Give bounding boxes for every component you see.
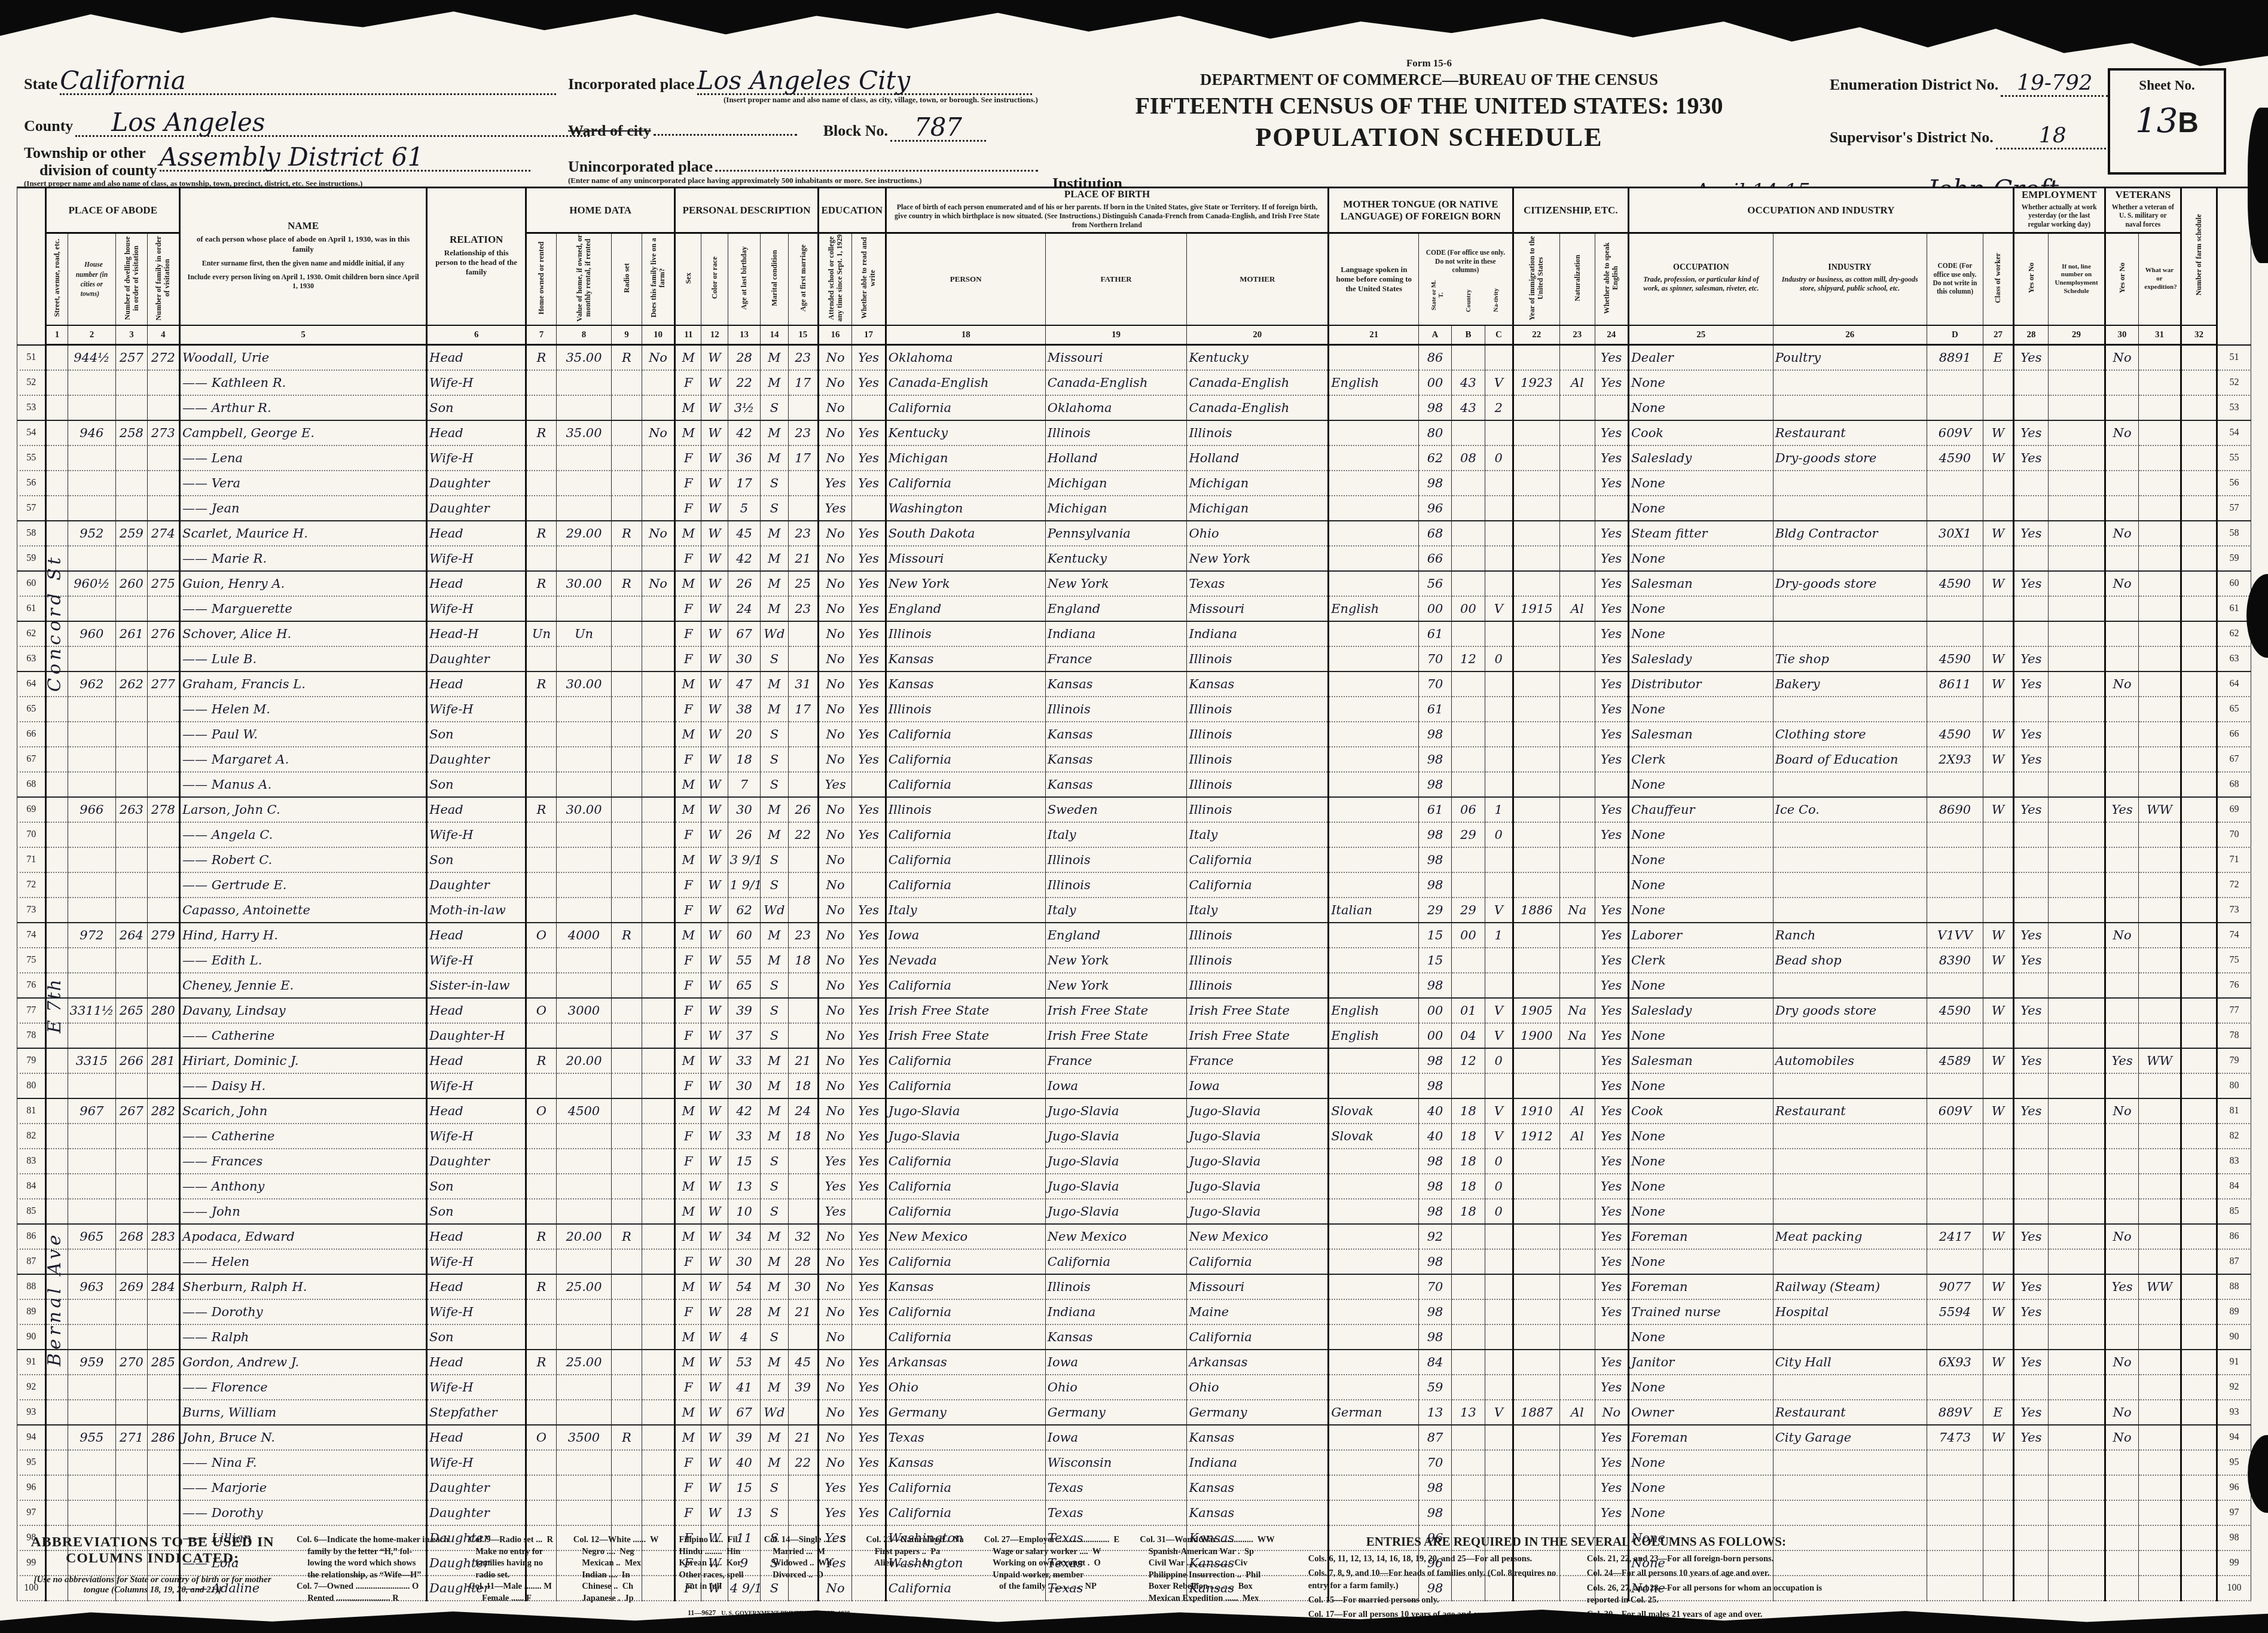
cell-at-work bbox=[2013, 596, 2048, 621]
cell-farm bbox=[642, 948, 674, 973]
cell-speaks-english: Yes bbox=[1595, 1023, 1628, 1048]
cell-code-b: 29 bbox=[1451, 822, 1485, 847]
cell-industry bbox=[1773, 872, 1927, 898]
abbreviations-title-block: ABBREVIATIONS TO BE USED IN COLUMNS INDI… bbox=[24, 1534, 281, 1595]
cell-tenure: R bbox=[526, 571, 556, 596]
cell-naturalization bbox=[1560, 747, 1595, 772]
cell-color-race: W bbox=[701, 1324, 728, 1350]
cell-pob-father: Kansas bbox=[1045, 722, 1187, 747]
cell-code-c bbox=[1485, 1224, 1513, 1249]
cell-dwelling-number bbox=[116, 847, 147, 872]
cell-code-a: 96 bbox=[1419, 496, 1451, 521]
cell-unemployment-line bbox=[2049, 1299, 2105, 1324]
table-row: 94955271286John, Bruce N.HeadO3500RMW39M… bbox=[17, 1425, 2251, 1450]
cell-tenure bbox=[526, 847, 556, 872]
group-occupation-industry: OCCUPATION AND INDUSTRY bbox=[1628, 188, 2013, 233]
cell-naturalization bbox=[1560, 1048, 1595, 1073]
cell-family-number bbox=[147, 697, 179, 722]
table-row: 83—— FrancesDaughterFW15SYesYesCaliforni… bbox=[17, 1149, 2251, 1174]
cell-read-write: Yes bbox=[852, 646, 886, 671]
cell-dwelling-number bbox=[116, 1400, 147, 1425]
cell-relation: Wife-H bbox=[427, 697, 526, 722]
cell-occupation: None bbox=[1628, 1073, 1773, 1098]
cell-age-first-marriage bbox=[788, 1023, 818, 1048]
cell-class-of-worker bbox=[1983, 1174, 2013, 1199]
cell-code-a: 59 bbox=[1419, 1375, 1451, 1400]
cell-code-c bbox=[1485, 697, 1513, 722]
cell-tenure: R bbox=[526, 671, 556, 697]
cell-street bbox=[46, 395, 68, 420]
cell-unemployment-line bbox=[2049, 973, 2105, 998]
cell-line-number: 61 bbox=[17, 596, 46, 621]
cell-pob-father: Holland bbox=[1045, 445, 1187, 471]
cell-read-write: Yes bbox=[852, 1149, 886, 1174]
group-employment: EMPLOYMENT Whether actually at work yest… bbox=[2013, 188, 2105, 233]
cell-home-value bbox=[556, 772, 612, 797]
cell-class-of-worker bbox=[1983, 1324, 2013, 1350]
cell-pob-mother: New York bbox=[1187, 546, 1329, 571]
cell-pob-person: Illinois bbox=[886, 797, 1045, 822]
cell-dwelling-number bbox=[116, 1124, 147, 1149]
cell-code-d: 4589 bbox=[1927, 1048, 1983, 1073]
cell-relation: Head bbox=[427, 923, 526, 948]
cell-naturalization bbox=[1560, 1199, 1595, 1224]
cell-language bbox=[1329, 772, 1419, 797]
cell-marital-condition: S bbox=[761, 1023, 788, 1048]
cell-speaks-english: Yes bbox=[1595, 797, 1628, 822]
cell-farm bbox=[642, 395, 674, 420]
cell-speaks-english: Yes bbox=[1595, 671, 1628, 697]
column-number: 24 bbox=[1595, 325, 1628, 345]
cell-language: English bbox=[1329, 596, 1419, 621]
cell-radio-set bbox=[612, 420, 642, 445]
table-row: 71—— Robert C.SonMW3 9/12SNoCaliforniaIl… bbox=[17, 847, 2251, 872]
form-number: Form 15-6 bbox=[1094, 57, 1764, 69]
cell-code-a: 98 bbox=[1419, 1149, 1451, 1174]
cell-relation: Wife-H bbox=[427, 1299, 526, 1324]
cell-family-number bbox=[147, 1023, 179, 1048]
cell-relation: Sister-in-law bbox=[427, 973, 526, 998]
table-row: 68—— Manus A.SonMW7SYesCaliforniaKansasI… bbox=[17, 772, 2251, 797]
cell-code-b bbox=[1451, 872, 1485, 898]
cell-sex: M bbox=[675, 847, 701, 872]
cell-attended-school: No bbox=[818, 1375, 851, 1400]
cell-speaks-english bbox=[1595, 1324, 1628, 1350]
table-row: 59—— Marie R.Wife-HFW42M21NoYesMissouriK… bbox=[17, 546, 2251, 571]
cell-code-c: 0 bbox=[1485, 1174, 1513, 1199]
abbreviation-line: Mexican .. Mex bbox=[573, 1558, 659, 1570]
cell-immigration-year bbox=[1513, 1425, 1560, 1450]
cell-veteran: No bbox=[2105, 1224, 2138, 1249]
cell-speaks-english: Yes bbox=[1595, 445, 1628, 471]
cell-color-race: W bbox=[701, 872, 728, 898]
cell-age-first-marriage: 21 bbox=[788, 546, 818, 571]
cell-industry bbox=[1773, 1149, 1927, 1174]
cell-code-b bbox=[1451, 722, 1485, 747]
cell-code-a: 29 bbox=[1419, 898, 1451, 923]
cell-speaks-english: Yes bbox=[1595, 822, 1628, 847]
cell-radio-set bbox=[612, 1500, 642, 1525]
cell-radio-set: R bbox=[612, 521, 642, 546]
cell-color-race: W bbox=[701, 496, 728, 521]
cell-relation: Head bbox=[427, 571, 526, 596]
cell-age-first-marriage: 28 bbox=[788, 1249, 818, 1274]
cell-radio-set bbox=[612, 1073, 642, 1098]
cell-war bbox=[2139, 1350, 2181, 1375]
cell-age: 30 bbox=[728, 1249, 760, 1274]
cell-code-d bbox=[1927, 471, 1983, 496]
cell-family-number bbox=[147, 847, 179, 872]
cell-marital-condition: M bbox=[761, 546, 788, 571]
cell-code-d: 8611 bbox=[1927, 671, 1983, 697]
cell-name: Capasso, Antoinette bbox=[180, 898, 427, 923]
cell-war bbox=[2139, 445, 2181, 471]
cell-immigration-year bbox=[1513, 521, 1560, 546]
table-row: 72—— Gertrude E.DaughterFW1 9/12SNoCalif… bbox=[17, 872, 2251, 898]
supervisor-label: Supervisor's District No. bbox=[1830, 129, 1994, 146]
table-row: 70—— Angela C.Wife-HFW26M22NoYesCaliforn… bbox=[17, 822, 2251, 847]
abbreviation-line: Col. 9—Radio set ... R bbox=[469, 1534, 553, 1546]
cell-code-c bbox=[1485, 571, 1513, 596]
cell-speaks-english: Yes bbox=[1595, 621, 1628, 646]
column-number: C bbox=[1485, 325, 1513, 345]
cell-age: 33 bbox=[728, 1048, 760, 1073]
cell-pob-mother: Illinois bbox=[1187, 923, 1329, 948]
cell-marital-condition: M bbox=[761, 948, 788, 973]
cell-naturalization: Al bbox=[1560, 1098, 1595, 1124]
cell-age: 55 bbox=[728, 948, 760, 973]
cell-pob-father: Texas bbox=[1045, 1475, 1187, 1500]
cell-line-number: 93 bbox=[17, 1400, 46, 1425]
cell-occupation: Steam fitter bbox=[1628, 521, 1773, 546]
cell-radio-set bbox=[612, 847, 642, 872]
cell-home-value bbox=[556, 1149, 612, 1174]
cell-pob-father: England bbox=[1045, 923, 1187, 948]
cell-code-a: 62 bbox=[1419, 445, 1451, 471]
cell-language bbox=[1329, 847, 1419, 872]
cell-color-race: W bbox=[701, 998, 728, 1023]
cell-house-number bbox=[68, 973, 116, 998]
cell-dwelling-number bbox=[116, 898, 147, 923]
cell-age-first-marriage: 21 bbox=[788, 1425, 818, 1450]
cell-code-c bbox=[1485, 420, 1513, 445]
cell-naturalization bbox=[1560, 1249, 1595, 1274]
cell-class-of-worker bbox=[1983, 546, 2013, 571]
cell-code-b bbox=[1451, 1425, 1485, 1450]
cell-relation: Son bbox=[427, 395, 526, 420]
cell-at-work bbox=[2013, 1174, 2048, 1199]
col-street: Street, avenue, road, etc. bbox=[46, 233, 68, 326]
cell-line-number-right: 96 bbox=[2217, 1475, 2251, 1500]
cell-house-number bbox=[68, 1174, 116, 1199]
cell-farm-schedule bbox=[2181, 1048, 2217, 1073]
cell-street bbox=[46, 898, 68, 923]
cell-naturalization bbox=[1560, 797, 1595, 822]
cell-attended-school: No bbox=[818, 747, 851, 772]
cell-pob-father: Wisconsin bbox=[1045, 1450, 1187, 1475]
cell-radio-set bbox=[612, 797, 642, 822]
cell-color-race: W bbox=[701, 1475, 728, 1500]
cell-code-a: 61 bbox=[1419, 621, 1451, 646]
cell-veteran: No bbox=[2105, 1098, 2138, 1124]
cell-attended-school: No bbox=[818, 1124, 851, 1149]
abbreviation-block: Col. 31—World War ................ WW Sp… bbox=[1140, 1534, 1275, 1604]
cell-line-number: 55 bbox=[17, 445, 46, 471]
cell-age: 22 bbox=[728, 370, 760, 395]
cell-farm-schedule bbox=[2181, 1023, 2217, 1048]
cell-pob-father: Sweden bbox=[1045, 797, 1187, 822]
cell-read-write: Yes bbox=[852, 1073, 886, 1098]
cell-code-a: 84 bbox=[1419, 1350, 1451, 1375]
cell-language bbox=[1329, 621, 1419, 646]
cell-line-number-right: 62 bbox=[2217, 621, 2251, 646]
cell-unemployment-line bbox=[2049, 772, 2105, 797]
cell-attended-school: No bbox=[818, 1023, 851, 1048]
cell-code-c bbox=[1485, 948, 1513, 973]
table-row: 67—— Margaret A.DaughterFW18SNoYesCalifo… bbox=[17, 747, 2251, 772]
cell-industry: Dry-goods store bbox=[1773, 571, 1927, 596]
entries-block: ENTRIES ARE REQUIRED IN THE SEVERAL COLU… bbox=[1308, 1534, 1844, 1623]
cell-name: —— Kathleen R. bbox=[180, 370, 427, 395]
cell-read-write: Yes bbox=[852, 1299, 886, 1324]
cell-code-c bbox=[1485, 1450, 1513, 1475]
cell-pob-mother: Illinois bbox=[1187, 797, 1329, 822]
cell-naturalization: Al bbox=[1560, 1124, 1595, 1149]
cell-pob-mother: Illinois bbox=[1187, 948, 1329, 973]
cell-war bbox=[2139, 872, 2181, 898]
cell-sex: F bbox=[675, 1475, 701, 1500]
cell-speaks-english: Yes bbox=[1595, 1299, 1628, 1324]
cell-house-number bbox=[68, 1149, 116, 1174]
cell-name: Burns, William bbox=[180, 1400, 427, 1425]
cell-house-number bbox=[68, 722, 116, 747]
cell-code-b bbox=[1451, 1475, 1485, 1500]
column-number: 21 bbox=[1329, 325, 1419, 345]
cell-pob-father: Iowa bbox=[1045, 1073, 1187, 1098]
cell-farm bbox=[642, 1475, 674, 1500]
cell-relation: Son bbox=[427, 772, 526, 797]
cell-code-a: 98 bbox=[1419, 1324, 1451, 1350]
cell-code-d bbox=[1927, 1023, 1983, 1048]
cell-occupation: None bbox=[1628, 471, 1773, 496]
cell-veteran bbox=[2105, 747, 2138, 772]
cell-naturalization bbox=[1560, 571, 1595, 596]
cell-line-number-right: 75 bbox=[2217, 948, 2251, 973]
cell-code-b bbox=[1451, 1350, 1485, 1375]
cell-tenure: R bbox=[526, 521, 556, 546]
cell-at-work bbox=[2013, 1375, 2048, 1400]
cell-sex: M bbox=[675, 1098, 701, 1124]
cell-relation: Head bbox=[427, 998, 526, 1023]
cell-tenure: R bbox=[526, 1350, 556, 1375]
cell-name: —— John bbox=[180, 1199, 427, 1224]
cell-at-work bbox=[2013, 1324, 2048, 1350]
cell-marital-condition: M bbox=[761, 797, 788, 822]
cell-sex: F bbox=[675, 496, 701, 521]
cell-occupation: None bbox=[1628, 898, 1773, 923]
incorporated-field: Incorporated place Los Angeles City (Ins… bbox=[568, 68, 1106, 105]
cell-speaks-english: Yes bbox=[1595, 948, 1628, 973]
cell-marital-condition: S bbox=[761, 395, 788, 420]
cell-radio-set bbox=[612, 1475, 642, 1500]
cell-family-number bbox=[147, 1475, 179, 1500]
cell-line-number: 53 bbox=[17, 395, 46, 420]
cell-pob-person: California bbox=[886, 747, 1045, 772]
cell-marital-condition: M bbox=[761, 596, 788, 621]
cell-farm bbox=[642, 1375, 674, 1400]
cell-house-number bbox=[68, 747, 116, 772]
cell-code-c bbox=[1485, 722, 1513, 747]
cell-code-d bbox=[1927, 1324, 1983, 1350]
cell-farm-schedule bbox=[2181, 1475, 2217, 1500]
cell-naturalization bbox=[1560, 471, 1595, 496]
cell-industry bbox=[1773, 1450, 1927, 1475]
cell-family-number: 281 bbox=[147, 1048, 179, 1073]
cell-immigration-year bbox=[1513, 1174, 1560, 1199]
cell-house-number bbox=[68, 948, 116, 973]
cell-immigration-year bbox=[1513, 1274, 1560, 1299]
cell-radio-set bbox=[612, 998, 642, 1023]
cell-war bbox=[2139, 370, 2181, 395]
abbreviation-line: Col. 14—Single ...... S bbox=[764, 1534, 846, 1546]
cell-house-number: 944½ bbox=[68, 345, 116, 371]
cell-code-c bbox=[1485, 621, 1513, 646]
cell-read-write bbox=[852, 1324, 886, 1350]
column-number: 26 bbox=[1773, 325, 1927, 345]
cell-war bbox=[2139, 772, 2181, 797]
cell-farm-schedule bbox=[2181, 1073, 2217, 1098]
cell-relation: Wife-H bbox=[427, 546, 526, 571]
cell-house-number bbox=[68, 1500, 116, 1525]
cell-language bbox=[1329, 1350, 1419, 1375]
cell-marital-condition: S bbox=[761, 1149, 788, 1174]
column-number: 25 bbox=[1628, 325, 1773, 345]
table-row: 61—— MargueretteWife-HFW24M23NoYesEnglan… bbox=[17, 596, 2251, 621]
cell-attended-school: No bbox=[818, 923, 851, 948]
cell-code-a: 98 bbox=[1419, 822, 1451, 847]
table-row: 88963269284Sherburn, Ralph H.HeadR25.00M… bbox=[17, 1274, 2251, 1299]
cell-industry bbox=[1773, 496, 1927, 521]
cell-read-write: Yes bbox=[852, 1425, 886, 1450]
cell-line-number-right: 88 bbox=[2217, 1274, 2251, 1299]
cell-home-value bbox=[556, 445, 612, 471]
cell-veteran bbox=[2105, 1475, 2138, 1500]
cell-tenure bbox=[526, 973, 556, 998]
cell-name: Apodaca, Edward bbox=[180, 1224, 427, 1249]
cell-line-number: 80 bbox=[17, 1073, 46, 1098]
abbreviation-line: Rented ......................... R bbox=[297, 1593, 448, 1605]
cell-code-b bbox=[1451, 571, 1485, 596]
col-age-marriage: Age at first marriage bbox=[788, 233, 818, 326]
cell-line-number-right: 54 bbox=[2217, 420, 2251, 445]
cell-age: 42 bbox=[728, 546, 760, 571]
cell-code-b bbox=[1451, 496, 1485, 521]
cell-sex: F bbox=[675, 1450, 701, 1475]
abbreviation-line: Civil War .................... Civ bbox=[1140, 1558, 1275, 1570]
cell-home-value: 25.00 bbox=[556, 1274, 612, 1299]
cell-age-first-marriage bbox=[788, 395, 818, 420]
cell-immigration-year bbox=[1513, 1375, 1560, 1400]
cell-war bbox=[2139, 697, 2181, 722]
cell-war bbox=[2139, 898, 2181, 923]
cell-house-number bbox=[68, 822, 116, 847]
cell-speaks-english: Yes bbox=[1595, 1073, 1628, 1098]
cell-code-c: V bbox=[1485, 1098, 1513, 1124]
cell-read-write: Yes bbox=[852, 697, 886, 722]
cell-code-d bbox=[1927, 973, 1983, 998]
cell-pob-mother: California bbox=[1187, 872, 1329, 898]
cell-veteran: No bbox=[2105, 1425, 2138, 1450]
cell-age: 41 bbox=[728, 1375, 760, 1400]
cell-industry: Ice Co. bbox=[1773, 797, 1927, 822]
cell-code-a: 40 bbox=[1419, 1124, 1451, 1149]
cell-unemployment-line bbox=[2049, 1450, 2105, 1475]
cell-farm-schedule bbox=[2181, 948, 2217, 973]
cell-age-first-marriage: 26 bbox=[788, 797, 818, 822]
cell-home-value: 30.00 bbox=[556, 797, 612, 822]
cell-code-d: 4590 bbox=[1927, 646, 1983, 671]
cell-at-work: Yes bbox=[2013, 797, 2048, 822]
cell-pob-mother: Iowa bbox=[1187, 1073, 1329, 1098]
cell-class-of-worker bbox=[1983, 822, 2013, 847]
cell-naturalization bbox=[1560, 973, 1595, 998]
cell-line-number-right: 66 bbox=[2217, 722, 2251, 747]
cell-dwelling-number: 258 bbox=[116, 420, 147, 445]
cell-naturalization bbox=[1560, 1450, 1595, 1475]
cell-age: 4 bbox=[728, 1324, 760, 1350]
cell-line-number-right: 57 bbox=[2217, 496, 2251, 521]
cell-code-a: 13 bbox=[1419, 1400, 1451, 1425]
cell-marital-condition: M bbox=[761, 1048, 788, 1073]
cell-family-number bbox=[147, 722, 179, 747]
cell-pob-mother: Canada-English bbox=[1187, 395, 1329, 420]
cell-at-work: Yes bbox=[2013, 1224, 2048, 1249]
cell-immigration-year: 1915 bbox=[1513, 596, 1560, 621]
cell-name: —— Helen M. bbox=[180, 697, 427, 722]
col-dwelling: Number of dwelling house in order of vis… bbox=[116, 233, 147, 326]
cell-home-value: 35.00 bbox=[556, 345, 612, 371]
cell-family-number: 274 bbox=[147, 521, 179, 546]
cell-immigration-year bbox=[1513, 1048, 1560, 1073]
cell-class-of-worker bbox=[1983, 621, 2013, 646]
cell-sex: M bbox=[675, 1324, 701, 1350]
cell-read-write bbox=[852, 395, 886, 420]
cell-code-b: 43 bbox=[1451, 370, 1485, 395]
cell-read-write: Yes bbox=[852, 471, 886, 496]
cell-immigration-year bbox=[1513, 671, 1560, 697]
cell-family-number bbox=[147, 1174, 179, 1199]
cell-code-a: 40 bbox=[1419, 1098, 1451, 1124]
cell-pob-person: Italy bbox=[886, 898, 1045, 923]
cell-farm bbox=[642, 1324, 674, 1350]
cell-line-number: 96 bbox=[17, 1475, 46, 1500]
cell-attended-school: No bbox=[818, 822, 851, 847]
cell-speaks-english: Yes bbox=[1595, 1199, 1628, 1224]
cell-age-first-marriage: 17 bbox=[788, 697, 818, 722]
cell-read-write: Yes bbox=[852, 445, 886, 471]
cell-house-number: 959 bbox=[68, 1350, 116, 1375]
cell-class-of-worker: W bbox=[1983, 1299, 2013, 1324]
cell-pob-father: Illinois bbox=[1045, 872, 1187, 898]
cell-home-value bbox=[556, 872, 612, 898]
cell-name: —— Anthony bbox=[180, 1174, 427, 1199]
cell-age-first-marriage bbox=[788, 1149, 818, 1174]
cell-family-number bbox=[147, 822, 179, 847]
cell-family-number bbox=[147, 471, 179, 496]
group-mother-tongue: MOTHER TONGUE (OR NATIVE LANGUAGE) OF FO… bbox=[1329, 188, 1513, 233]
cell-line-number-right: 87 bbox=[2217, 1249, 2251, 1274]
cell-class-of-worker: E bbox=[1983, 345, 2013, 371]
